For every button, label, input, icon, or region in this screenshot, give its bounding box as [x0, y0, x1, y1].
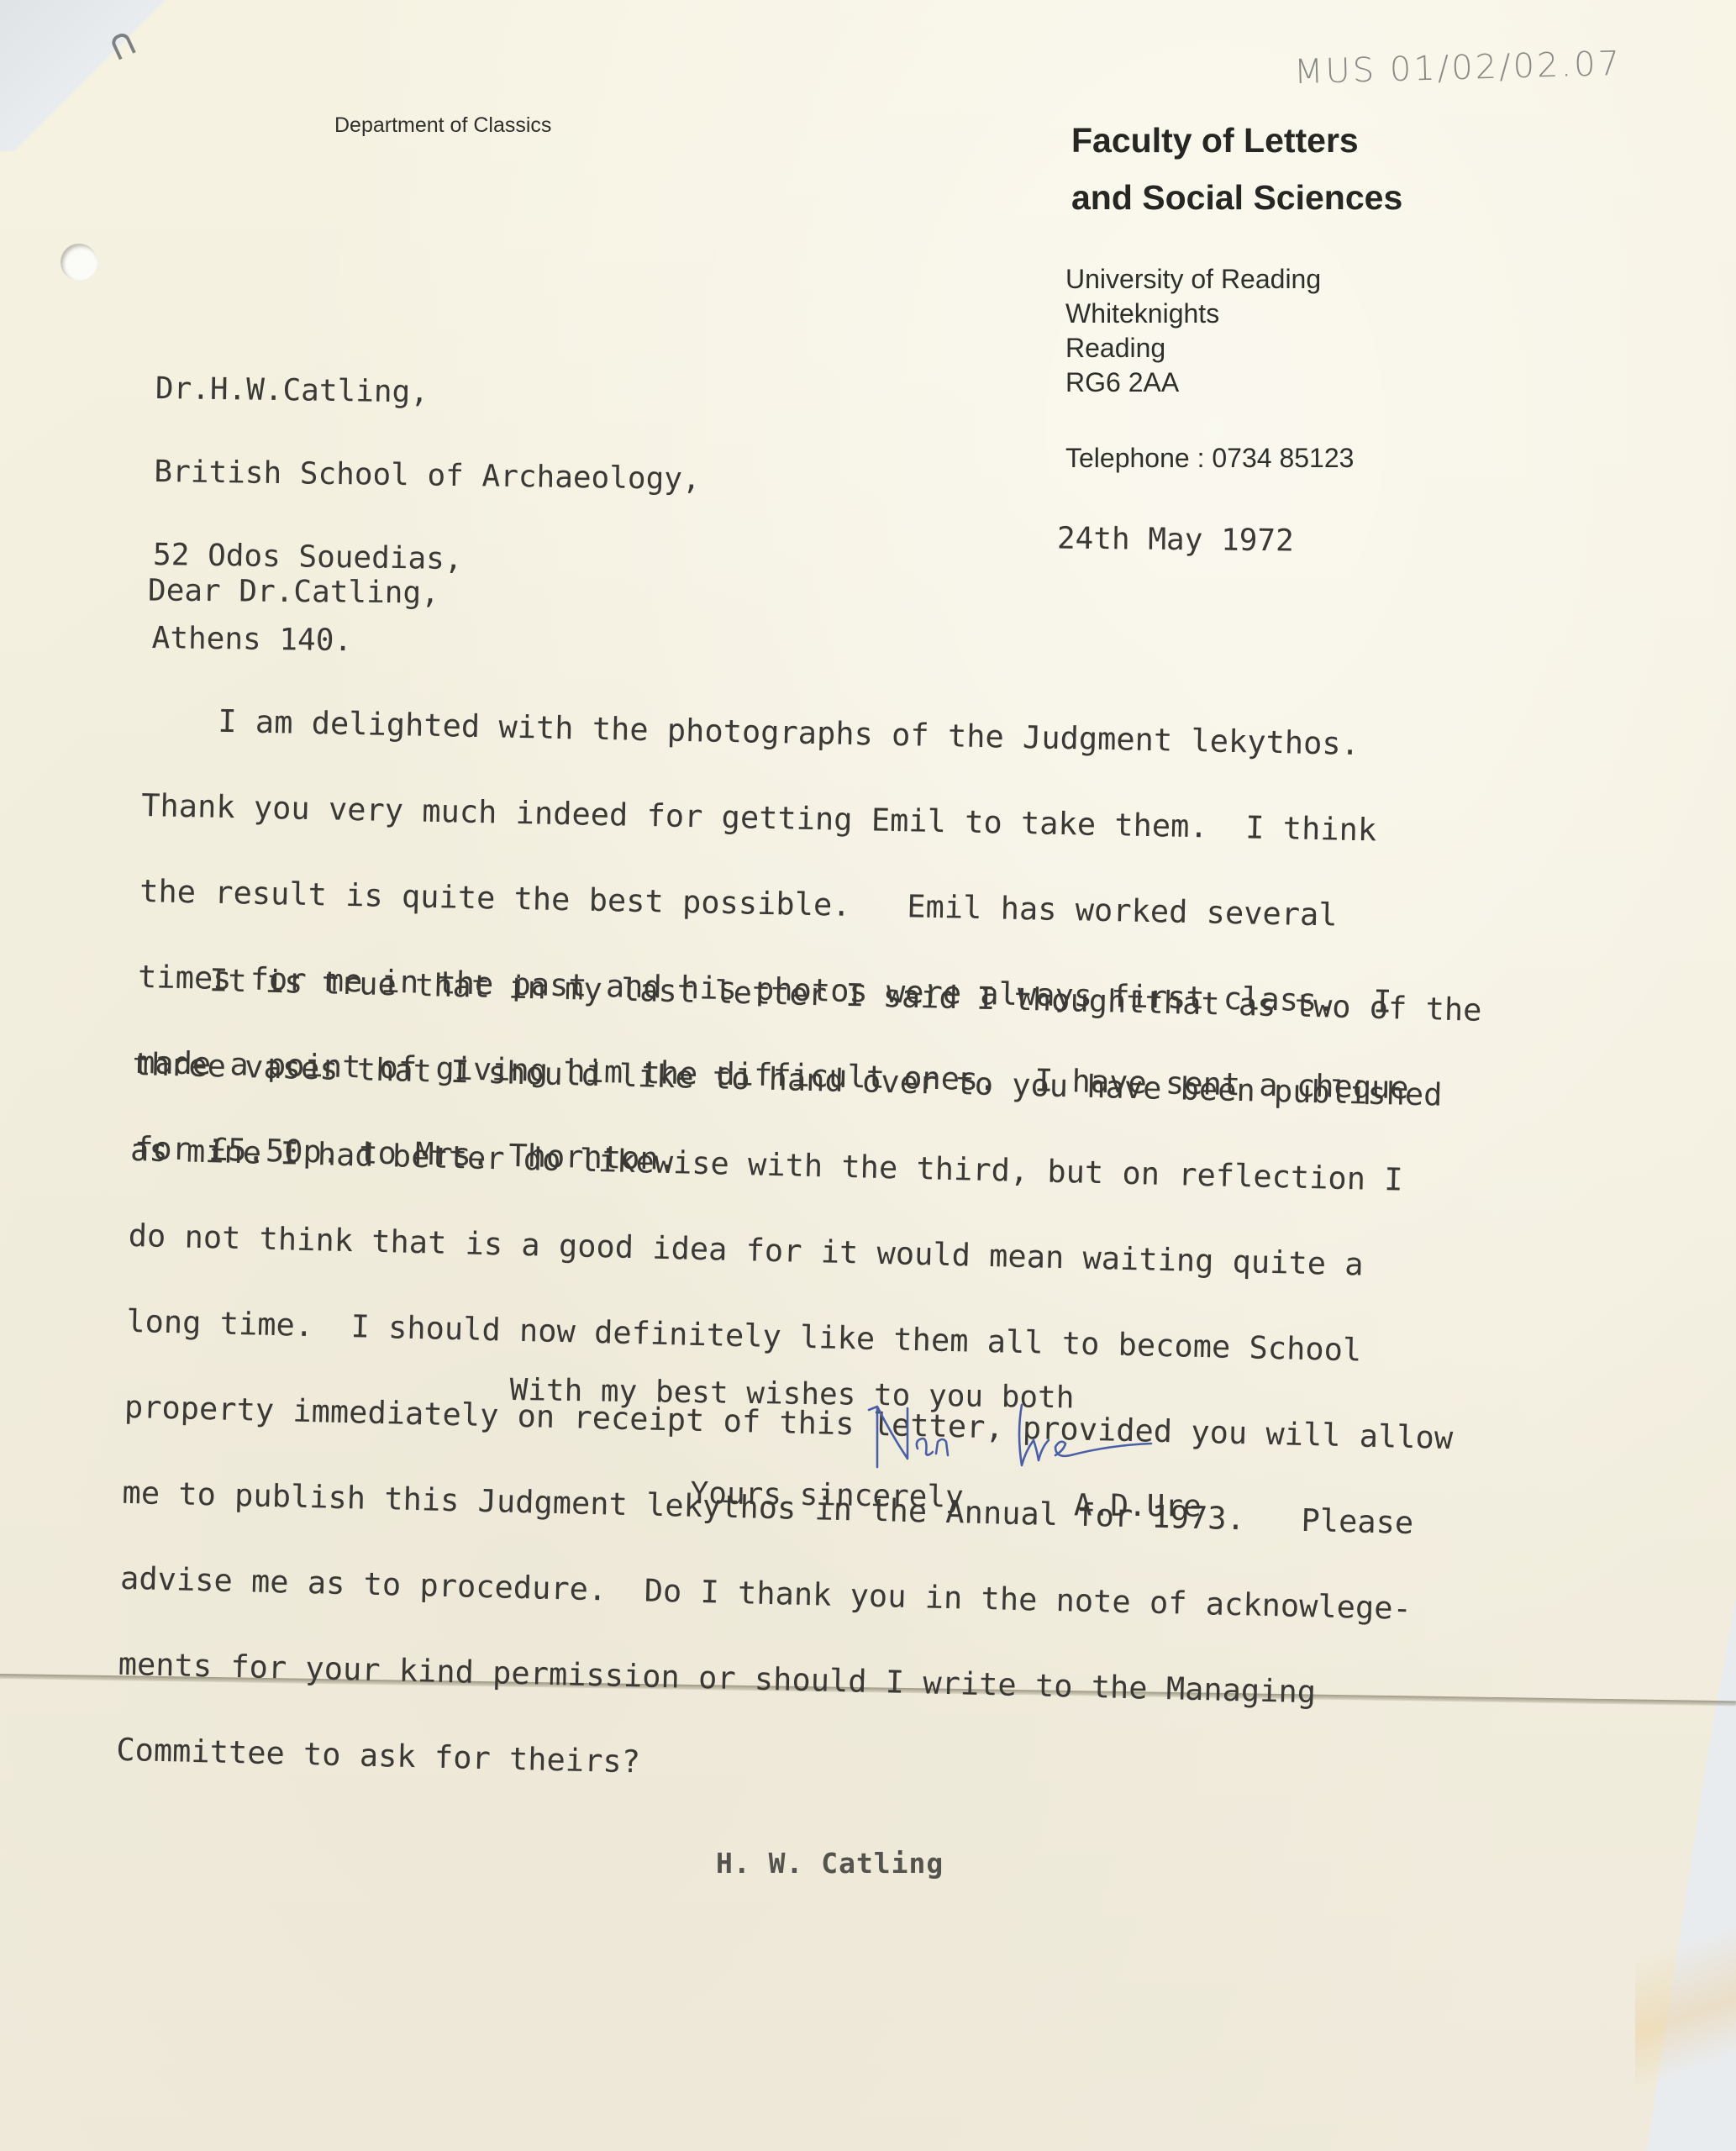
address-line: Whiteknights	[1065, 297, 1321, 331]
text-line: advise me as to procedure. Do I thank yo…	[120, 1565, 1468, 1625]
text-line: do not think that is a good idea for it …	[128, 1222, 1476, 1282]
text-line: I am delighted with the photographs of t…	[143, 706, 1416, 760]
text-line: It is true that in my last letter I said…	[134, 965, 1482, 1025]
paper-stain	[1635, 1807, 1736, 2151]
telephone-number: 0734 85123	[1212, 443, 1354, 473]
address-line: RG6 2AA	[1065, 366, 1321, 400]
department-name: Department of Classics	[334, 113, 551, 138]
folded-corner	[0, 0, 176, 151]
telephone-label: Telephone :	[1065, 443, 1204, 473]
letter-date: 24th May 1972	[1057, 522, 1294, 559]
carbon-copy-name: H. W. Catling	[716, 1847, 944, 1880]
text-line: three vases that I should like to hand o…	[132, 1050, 1480, 1111]
address-line: University of Reading	[1065, 262, 1321, 297]
telephone: Telephone : 0734 85123	[1065, 443, 1354, 474]
recipient-line: British School of Archaeology,	[154, 458, 701, 493]
punch-hole	[60, 244, 97, 281]
faculty-heading: Faculty of Letters and Social Sciences	[1071, 112, 1402, 226]
address-line: Reading	[1065, 331, 1321, 366]
signatory-name: A.D.Ure	[1074, 1488, 1202, 1523]
salutation: Dear Dr.Catling,	[148, 573, 439, 610]
faculty-line: and Social Sciences	[1071, 169, 1402, 226]
sender-address: University of Reading Whiteknights Readi…	[1065, 262, 1321, 400]
text-line: ments for your kind permission or should…	[118, 1650, 1465, 1711]
text-line: as mine I had better do likewise with th…	[130, 1136, 1478, 1196]
handwritten-signature	[865, 1400, 1168, 1475]
closing-line: Yours sincerely	[508, 1475, 1073, 1516]
recipient-line: 52 Odos Souedias,	[153, 541, 700, 576]
recipient-line: Dr.H.W.Catling,	[155, 375, 702, 410]
faculty-line: Faculty of Letters	[1071, 112, 1402, 169]
text-line: Committee to ask for theirs?	[116, 1736, 1464, 1796]
text-line: Thank you very much indeed for getting E…	[141, 792, 1414, 845]
recipient-address: Dr.H.W.Catling, British School of Archae…	[151, 319, 702, 687]
